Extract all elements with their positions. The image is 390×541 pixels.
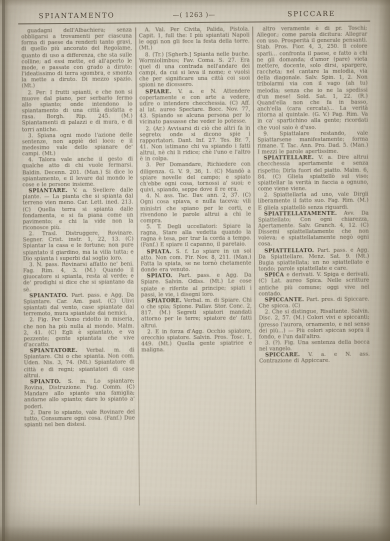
dictionary-entry: 2. Che si distingue, Risaltante. Salvin.… [259, 309, 370, 341]
page-edge-shadow-top [0, 0, 390, 6]
entry-headword: SPIATORE. [147, 298, 182, 304]
dictionary-entry: 2. Spiattellarla ad uno, vale Dirgli lib… [258, 192, 369, 211]
dictionary-entry: SPIATA. S. f. Lo spiare in un sol atto. … [141, 248, 252, 273]
dictionary-entry: SPIARE. V. a. e N. Attendere copertament… [139, 88, 250, 126]
dictionary-entry: 3. (?). Fig. Una sentenza della bocca ne… [259, 340, 370, 353]
dictionary-entry: guadagni dell'Albachiera; senza obbligar… [21, 27, 132, 89]
entry-headword: SPIATO. [147, 273, 173, 279]
entry-headword: SPIANTATORE. [30, 348, 78, 354]
dictionary-entry: 3. Spiana ogni modo l'azione delle sente… [22, 132, 133, 157]
dictionary-entry: SPIATTELLATO. Part. pass. e Agg. Da Spia… [258, 247, 369, 272]
dictionary-entry: altro veramente è di pr. Toschi; Allegor… [257, 26, 368, 132]
entry-headword: SPICCANTE. [265, 297, 305, 303]
dictionary-entry: SPICCANTE. Part. pres. di Spiccare. Che … [259, 297, 370, 310]
dictionary-entry: SPIATO. Part. pass. e Agg. Da Spiare. Sa… [141, 273, 252, 298]
dictionary-entry: 2. Fig. Per Uomo ridotto in miseria, che… [23, 317, 134, 349]
dictionary-page: SPIANTAMENTO —( 1263 )— SPICCARE guadagn… [18, 10, 374, 507]
dictionary-entry: 4. Talora vale anche il gesto di qualche… [22, 157, 133, 189]
dictionary-entry: 2. Trasl. Distruggere, Rovinare. Segner.… [23, 231, 134, 263]
column-1: guadagni dell'Albachiera; senza obbligar… [18, 26, 138, 506]
entry-headword: SPIATTELLATAMENTE. [264, 211, 337, 218]
entry-headword: SPIATTELLARE. [264, 155, 314, 161]
dictionary-entry: 2. Dare lo spianto, vale Rovinare del tu… [24, 409, 135, 428]
dictionary-entry: SPIATORE. Verbal. m. di Spiare. Chi o ch… [141, 297, 252, 329]
entry-headword: SPICCARE. [265, 352, 300, 358]
page-number: —( 1263 )— [135, 11, 252, 20]
dictionary-entry: SPICA e derivati. V. Spiga e derivati. (… [258, 272, 369, 297]
dictionary-entry: 3. N. pass. Rovinarsi affatto ne' beni. … [23, 261, 134, 293]
text-columns: guadagni dell'Albachiera; senza obbligar… [18, 25, 374, 507]
dictionary-entry: SPIATTELLATAMENTE. Avv. Da Spiattellato;… [258, 210, 369, 248]
dictionary-entry: 8. (Tr.) [Sgherb.] Spianta nelle buche. … [139, 51, 250, 89]
dictionary-entry: 2. Per: I frutti spianti, e che non si m… [22, 89, 133, 133]
page-crease-left [2, 0, 5, 541]
header-rule [18, 21, 370, 25]
running-head: SPIANTAMENTO —( 1263 )— SPICCARE [18, 10, 370, 21]
dictionary-entry: 2. (Ar.) Avvisarsi di ciò che altri fa i… [140, 125, 251, 163]
dictionary-entry: 3. Per Domandare, Richiedere con diligen… [140, 162, 251, 194]
column-2: A. Val. Per Civita, Palida, Pistola. Cap… [136, 26, 256, 506]
page-edge-shadow-right [378, 0, 390, 541]
running-head-right: SPICCARE [253, 10, 370, 19]
entry-headword: SPIANTATO. [29, 293, 68, 299]
dictionary-entry: 2. E in forza d'Agg. Occhio spiatore, or… [141, 328, 252, 353]
entry-headword: SPIATTELLATO. [264, 248, 314, 254]
page-edge-shadow-bottom [0, 525, 390, 541]
entry-headword: SPIARE. [145, 89, 171, 95]
entry-headword: SPIATA. [147, 249, 172, 255]
entry-headword: SPICA [264, 273, 284, 279]
dictionary-entry: SPIANTARE. V. a. Svellere dalle piante. … [22, 188, 133, 232]
entry-headword: SPIANTO. [30, 379, 61, 385]
dictionary-entry: SPIATTELLARE. V. a. Dire altrui checches… [258, 155, 369, 193]
dictionary-entry: 9. Spiattalare restando, vale Spiattarse… [257, 130, 368, 155]
scanned-page-photo: SPIANTAMENTO —( 1263 )— SPICCARE guadagn… [0, 0, 390, 541]
dictionary-entry: SPICCARE. V. a. e N. ass. Contrazione di… [259, 352, 370, 365]
dictionary-entry: SPIANTATO. Part. pass. e Agg. Da Spianta… [23, 292, 134, 317]
dictionary-entry: SPIANTATORE. Verbal. m. di Spiantare. Ch… [24, 348, 135, 380]
dictionary-entry: 5. T. Degli uccellatori: Spiare la ragna… [140, 224, 251, 249]
dictionary-entry: 4. N. ass. Tac. Dav. ann. 2, 37. (C) Ogn… [140, 193, 251, 225]
running-head-left: SPIANTAMENTO [18, 11, 135, 20]
dictionary-entry: SPIANTO. S. m. Lo spiantare; Rovina, Dis… [24, 378, 135, 410]
entry-headword: SPIANTARE. [28, 188, 67, 194]
column-3: altro veramente è di pr. Toschi; Allegor… [254, 25, 374, 505]
dictionary-entry: A. Val. Per Civita, Palida, Pistola. Cap… [139, 27, 250, 52]
